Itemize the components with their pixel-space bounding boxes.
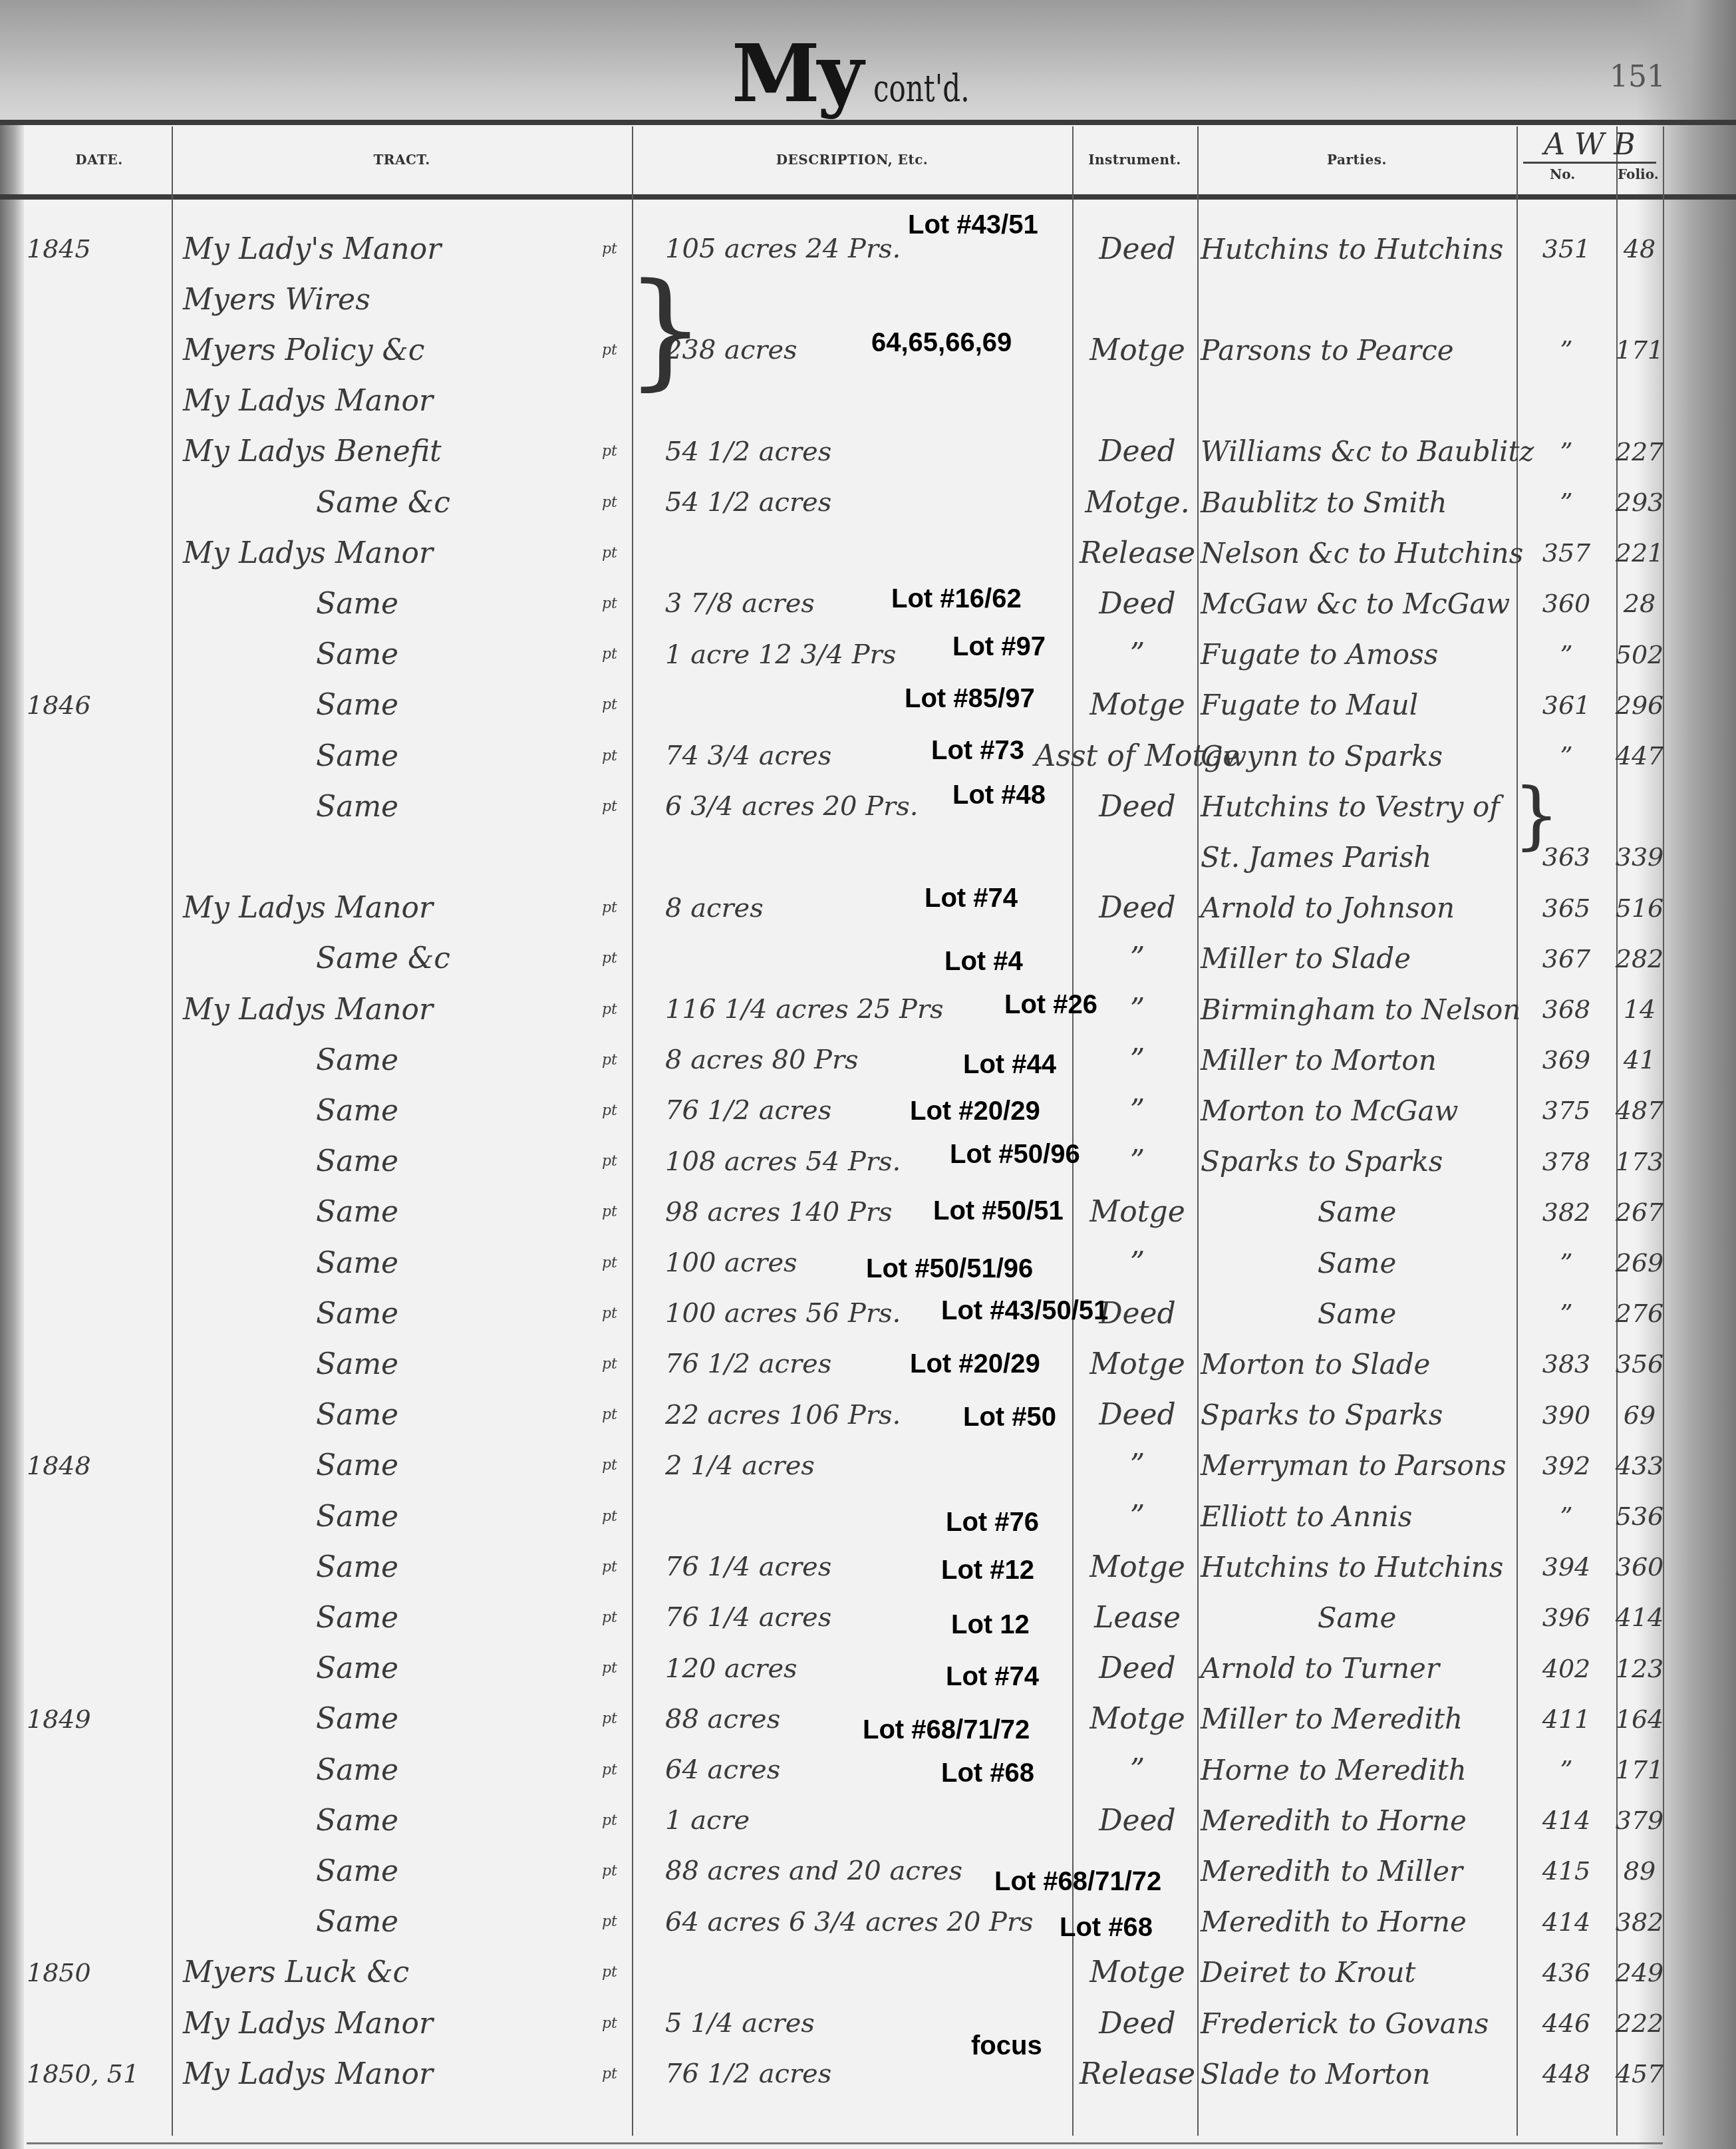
- folio-cell: 28: [1616, 578, 1663, 629]
- tract-cell: My Ladys Manor: [183, 883, 595, 933]
- table-row: Myers Wires: [0, 274, 1736, 325]
- part-marker: pt: [602, 1694, 629, 1744]
- part-marker: pt: [602, 1491, 629, 1542]
- book-no-cell: 448: [1520, 2049, 1613, 2099]
- instrument-cell: ”: [1081, 1085, 1194, 1136]
- tract-cell: Same: [183, 1897, 595, 1947]
- description-cell: [665, 1947, 1078, 1998]
- lot-annotation: Lot #44: [963, 1051, 1056, 1078]
- date-cell: [27, 1897, 146, 1947]
- parties-cell: Parsons to Pearce: [1201, 325, 1513, 375]
- book-no-cell: 396: [1520, 1592, 1613, 1643]
- date-cell: [27, 477, 146, 528]
- table-row: Same &cpt54 1/2 acresMotge.Baublitz to S…: [0, 477, 1736, 528]
- tract-cell: Same: [183, 1491, 595, 1542]
- parties-cell: Same: [1201, 1187, 1513, 1238]
- parties-cell: Elliott to Annis: [1201, 1491, 1513, 1542]
- instrument-cell: Motge: [1081, 1339, 1194, 1389]
- instrument-cell: ”: [1081, 1440, 1194, 1491]
- part-marker: pt: [602, 883, 629, 933]
- tract-cell: Same: [183, 1187, 595, 1238]
- instrument-cell: ”: [1081, 629, 1194, 680]
- folio-cell: [1616, 376, 1663, 426]
- date-cell: 1850, 51: [27, 2049, 146, 2099]
- description-cell: [665, 528, 1078, 578]
- parties-cell: Arnold to Johnson: [1201, 883, 1513, 933]
- book-no-cell: ”: [1520, 1238, 1613, 1288]
- date-cell: [27, 1085, 146, 1136]
- part-marker: pt: [602, 1542, 629, 1592]
- instrument-cell: Deed: [1081, 1643, 1194, 1694]
- parties-cell: Merryman to Parsons: [1201, 1440, 1513, 1491]
- part-marker: pt: [602, 1947, 629, 1998]
- lot-annotation: Lot #4: [944, 948, 1023, 975]
- parties-cell: Williams &c to Baublitz: [1201, 426, 1513, 477]
- book-no-cell: ”: [1520, 325, 1613, 375]
- folio-cell: 171: [1616, 325, 1663, 375]
- book-no-cell: ”: [1520, 1491, 1613, 1542]
- parties-cell: Same: [1201, 1238, 1513, 1288]
- tract-cell: My Ladys Manor: [183, 1998, 595, 2049]
- folio-cell: 339: [1616, 832, 1663, 882]
- parties-cell: Same: [1201, 1592, 1513, 1643]
- tract-cell: My Lady's Manor: [183, 224, 595, 274]
- table-row: 1846SameptMotgeFugate to Maul361296: [0, 680, 1736, 731]
- tract-cell: Same: [183, 1694, 595, 1744]
- parties-cell: Slade to Morton: [1201, 2049, 1513, 2099]
- tract-cell: Same: [183, 680, 595, 731]
- lot-annotation: Lot #26: [1004, 991, 1097, 1018]
- table-row: Samept120 acresDeedArnold to Turner40212…: [0, 1643, 1736, 1694]
- instrument-cell: Deed: [1081, 426, 1194, 477]
- instrument-cell: Motge: [1081, 1187, 1194, 1238]
- folio-cell: 171: [1616, 1744, 1663, 1795]
- part-marker: [602, 376, 629, 426]
- folio-cell: 296: [1616, 680, 1663, 731]
- book-no-cell: 378: [1520, 1136, 1613, 1187]
- part-marker: pt: [602, 680, 629, 731]
- folio-cell: 173: [1616, 1136, 1663, 1187]
- instrument-cell: Asst of Motge: [1081, 731, 1194, 781]
- date-cell: 1848: [27, 1440, 146, 1491]
- part-marker: pt: [602, 731, 629, 781]
- brace-tracts: }: [625, 266, 706, 393]
- part-marker: pt: [602, 1187, 629, 1238]
- date-cell: [27, 1136, 146, 1187]
- tract-cell: My Ladys Benefit: [183, 426, 595, 477]
- column-header-date: DATE.: [27, 126, 172, 193]
- column-header-folio: Folio.: [1618, 166, 1659, 182]
- lot-annotation: Lot #73: [931, 737, 1024, 764]
- tract-cell: Same: [183, 731, 595, 781]
- tract-cell: Same: [183, 1035, 595, 1085]
- column-header-description: DESCRIPTION, Etc.: [632, 126, 1072, 193]
- part-marker: pt: [602, 1035, 629, 1085]
- instrument-cell: ”: [1081, 1238, 1194, 1288]
- part-marker: pt: [602, 1085, 629, 1136]
- table-row: Samept6 3/4 acres 20 Prs.DeedHutchins to…: [0, 781, 1736, 832]
- date-cell: [27, 274, 146, 325]
- instrument-cell: Deed: [1081, 883, 1194, 933]
- part-marker: [602, 274, 629, 325]
- lot-annotation: Lot #74: [946, 1663, 1039, 1690]
- lot-annotation: Lot #50/51/96: [866, 1255, 1033, 1282]
- book-no-cell: 411: [1520, 1694, 1613, 1744]
- book-no-cell: 383: [1520, 1339, 1613, 1389]
- parties-cell: Deiret to Krout: [1201, 1947, 1513, 1998]
- parties-cell: Horne to Meredith: [1201, 1744, 1513, 1795]
- date-cell: [27, 1643, 146, 1694]
- header-bottom-rule: [0, 194, 1736, 200]
- folio-cell: 282: [1616, 933, 1663, 984]
- instrument-cell: [1081, 376, 1194, 426]
- description-cell: 2 1/4 acres: [665, 1440, 1078, 1491]
- book-no-cell: 361: [1520, 680, 1613, 731]
- page-number: 151: [1610, 60, 1665, 94]
- tract-cell: Same: [183, 1339, 595, 1389]
- table-row: 1850, 51My Ladys Manorpt76 1/2 acresRele…: [0, 2049, 1736, 2099]
- folio-cell: 221: [1616, 528, 1663, 578]
- table-row: My Ladys Manorpt116 1/4 acres 25 Prs”Bir…: [0, 984, 1736, 1035]
- book-no-cell: 436: [1520, 1947, 1613, 1998]
- tract-cell: Same: [183, 1085, 595, 1136]
- tract-cell: Myers Wires: [183, 274, 595, 325]
- column-header-instrument: Instrument.: [1072, 126, 1197, 193]
- column-header-no: No.: [1550, 166, 1575, 182]
- folio-cell: 502: [1616, 629, 1663, 680]
- description-cell: 1 acre: [665, 1795, 1078, 1846]
- instrument-cell: ”: [1081, 1035, 1194, 1085]
- book-no-cell: 351: [1520, 224, 1613, 274]
- lot-annotation: Lot #68/71/72: [863, 1717, 1030, 1743]
- part-marker: pt: [602, 781, 629, 832]
- parties-cell: Meredith to Horne: [1201, 1795, 1513, 1846]
- book-no-cell: 446: [1520, 1998, 1613, 2049]
- tract-cell: Myers Luck &c: [183, 1947, 595, 1998]
- folio-cell: 227: [1616, 426, 1663, 477]
- lot-annotation: Lot #12: [941, 1557, 1034, 1583]
- instrument-cell: Deed: [1081, 781, 1194, 832]
- part-marker: pt: [602, 1998, 629, 2049]
- lot-annotation: Lot #50: [963, 1404, 1056, 1430]
- parties-cell: Sparks to Sparks: [1201, 1136, 1513, 1187]
- tract-cell: Same &c: [183, 477, 595, 528]
- folio-cell: 267: [1616, 1187, 1663, 1238]
- date-cell: [27, 1491, 146, 1542]
- lot-annotation: Lot 12: [951, 1611, 1030, 1638]
- date-cell: [27, 578, 146, 629]
- table-row: Samept”Elliott to Annis”536: [0, 1491, 1736, 1542]
- folio-cell: [1616, 274, 1663, 325]
- instrument-cell: ”: [1081, 1491, 1194, 1542]
- folio-cell: 123: [1616, 1643, 1663, 1694]
- folio-cell: 89: [1616, 1846, 1663, 1896]
- date-cell: [27, 1187, 146, 1238]
- tract-cell: Same: [183, 1592, 595, 1643]
- lot-annotation: Lot #85/97: [905, 685, 1035, 712]
- parties-cell: Fugate to Maul: [1201, 680, 1513, 731]
- table-row: My Ladys Manorpt8 acresDeedArnold to Joh…: [0, 883, 1736, 933]
- table-row: Samept22 acres 106 Prs.DeedSparks to Spa…: [0, 1390, 1736, 1440]
- lot-annotation: 64,65,66,69: [871, 329, 1012, 356]
- tract-cell: Same: [183, 1440, 595, 1491]
- folio-cell: 269: [1616, 1238, 1663, 1288]
- part-marker: pt: [602, 1339, 629, 1389]
- tract-cell: My Ladys Manor: [183, 984, 595, 1035]
- parties-cell: Miller to Morton: [1201, 1035, 1513, 1085]
- parties-cell: Hutchins to Hutchins: [1201, 1542, 1513, 1592]
- folio-cell: 382: [1616, 1897, 1663, 1947]
- folio-cell: 379: [1616, 1795, 1663, 1846]
- folio-cell: 414: [1616, 1592, 1663, 1643]
- description-cell: [665, 274, 1078, 325]
- book-no-cell: [1520, 376, 1613, 426]
- date-cell: [27, 883, 146, 933]
- folio-cell: 41: [1616, 1035, 1663, 1085]
- date-cell: [27, 1846, 146, 1896]
- lot-annotation: Lot #76: [946, 1509, 1039, 1536]
- book-no-cell: 382: [1520, 1187, 1613, 1238]
- part-marker: pt: [602, 933, 629, 984]
- lot-annotation: Lot #43/50/51: [941, 1297, 1108, 1324]
- part-marker: pt: [602, 426, 629, 477]
- tract-cell: Myers Policy &c: [183, 325, 595, 375]
- date-cell: [27, 1744, 146, 1795]
- parties-cell: Arnold to Turner: [1201, 1643, 1513, 1694]
- lot-annotation: Lot #68: [1060, 1914, 1153, 1941]
- lot-annotation: Lot #74: [925, 885, 1018, 911]
- date-cell: [27, 933, 146, 984]
- part-marker: pt: [602, 578, 629, 629]
- part-marker: pt: [602, 325, 629, 375]
- instrument-cell: Motge: [1081, 1542, 1194, 1592]
- page-title-sub: cont'd.: [873, 67, 970, 110]
- brace-parties: }: [1513, 778, 1560, 852]
- parties-cell: Meredith to Horne: [1201, 1897, 1513, 1947]
- instrument-cell: Deed: [1081, 1390, 1194, 1440]
- book-no-cell: 394: [1520, 1542, 1613, 1592]
- date-cell: [27, 1542, 146, 1592]
- parties-cell: St. James Parish: [1201, 832, 1513, 882]
- table-row: Samept76 1/4 acresLeaseSame396414: [0, 1592, 1736, 1643]
- book-no-cell: 367: [1520, 933, 1613, 984]
- instrument-cell: Motge: [1081, 325, 1194, 375]
- instrument-cell: [1081, 832, 1194, 882]
- book-no-cell: ”: [1520, 1288, 1613, 1339]
- book-no-cell: ”: [1520, 629, 1613, 680]
- book-no-cell: 392: [1520, 1440, 1613, 1491]
- folio-cell: 293: [1616, 477, 1663, 528]
- lot-annotation: Lot #43/51: [908, 212, 1038, 238]
- date-cell: 1845: [27, 224, 146, 274]
- lot-annotation: Lot #48: [952, 782, 1046, 808]
- folio-cell: 48: [1616, 224, 1663, 274]
- focus-annotation: focus: [971, 2033, 1042, 2059]
- date-cell: [27, 629, 146, 680]
- lot-annotation: Lot #50/96: [950, 1141, 1080, 1168]
- instrument-cell: Deed: [1081, 578, 1194, 629]
- parties-cell: Morton to McGaw: [1201, 1085, 1513, 1136]
- table-row: Samept3 7/8 acresDeedMcGaw &c to McGaw36…: [0, 578, 1736, 629]
- part-marker: pt: [602, 1238, 629, 1288]
- parties-cell: Morton to Slade: [1201, 1339, 1513, 1389]
- table-row: My Ladys ManorptReleaseNelson &c to Hutc…: [0, 528, 1736, 578]
- instrument-cell: ”: [1081, 933, 1194, 984]
- parties-cell: Sparks to Sparks: [1201, 1390, 1513, 1440]
- parties-cell: Baublitz to Smith: [1201, 477, 1513, 528]
- instrument-cell: Motge: [1081, 1694, 1194, 1744]
- tract-cell: Same: [183, 781, 595, 832]
- part-marker: pt: [602, 2049, 629, 2099]
- part-marker: pt: [602, 1440, 629, 1491]
- part-marker: pt: [602, 528, 629, 578]
- date-cell: [27, 832, 146, 882]
- folio-cell: 222: [1616, 1998, 1663, 2049]
- table-row: Samept64 acres 6 3/4 acres 20 PrsMeredit…: [0, 1897, 1736, 1947]
- folio-cell: 516: [1616, 883, 1663, 933]
- table-row: Samept88 acres and 20 acresMeredith to M…: [0, 1846, 1736, 1896]
- parties-cell: Miller to Slade: [1201, 933, 1513, 984]
- part-marker: pt: [602, 477, 629, 528]
- description-cell: 54 1/2 acres: [665, 426, 1078, 477]
- tract-cell: Same: [183, 1542, 595, 1592]
- instrument-cell: Deed: [1081, 1998, 1194, 2049]
- date-cell: [27, 1592, 146, 1643]
- date-cell: [27, 325, 146, 375]
- date-cell: [27, 984, 146, 1035]
- part-marker: [602, 832, 629, 882]
- book-no-cell: 402: [1520, 1643, 1613, 1694]
- table-row: My Ladys Benefitpt54 1/2 acresDeedWillia…: [0, 426, 1736, 477]
- instrument-cell: Lease: [1081, 1592, 1194, 1643]
- table-row: Samept64 acres”Horne to Meredith”171: [0, 1744, 1736, 1795]
- part-marker: pt: [602, 1744, 629, 1795]
- book-no-cell: 357: [1520, 528, 1613, 578]
- book-no-cell: ”: [1520, 426, 1613, 477]
- table-row: Same &cpt”Miller to Slade367282: [0, 933, 1736, 984]
- book-no-cell: [1520, 274, 1613, 325]
- book-no-cell: 414: [1520, 1795, 1613, 1846]
- folio-cell: 356: [1616, 1339, 1663, 1389]
- date-cell: [27, 528, 146, 578]
- parties-cell: Gwynn to Sparks: [1201, 731, 1513, 781]
- parties-cell: Fugate to Amoss: [1201, 629, 1513, 680]
- tract-cell: Same: [183, 1795, 595, 1846]
- instrument-cell: Motge: [1081, 680, 1194, 731]
- parties-cell: Birmingham to Nelson: [1201, 984, 1513, 1035]
- part-marker: pt: [602, 1795, 629, 1846]
- lot-annotation: Lot #68: [941, 1760, 1034, 1786]
- instrument-cell: ”: [1081, 1744, 1194, 1795]
- date-cell: [27, 1288, 146, 1339]
- tract-cell: Same: [183, 1846, 595, 1896]
- part-marker: pt: [602, 984, 629, 1035]
- description-cell: [665, 832, 1078, 882]
- description-cell: 64 acres 6 3/4 acres 20 Prs: [665, 1897, 1078, 1947]
- parties-cell: Same: [1201, 1288, 1513, 1339]
- part-marker: pt: [602, 1846, 629, 1896]
- part-marker: pt: [602, 1390, 629, 1440]
- folio-cell: [1616, 781, 1663, 832]
- instrument-cell: Release: [1081, 2049, 1194, 2099]
- part-marker: pt: [602, 224, 629, 274]
- book-no-cell: 365: [1520, 883, 1613, 933]
- table-row: My Ladys Manorpt5 1/4 acresDeedFrederick…: [0, 1998, 1736, 2049]
- table-row: 1845My Lady's Manorpt105 acres 24 Prs.De…: [0, 224, 1736, 274]
- part-marker: pt: [602, 1288, 629, 1339]
- book-no-cell: 375: [1520, 1085, 1613, 1136]
- folio-cell: 457: [1616, 2049, 1663, 2099]
- tract-cell: My Ladys Manor: [183, 528, 595, 578]
- tract-cell: Same: [183, 1744, 595, 1795]
- parties-cell: Miller to Meredith: [1201, 1694, 1513, 1744]
- table-row: Samept98 acres 140 PrsMotgeSame382267: [0, 1187, 1736, 1238]
- parties-cell: Hutchins to Hutchins: [1201, 224, 1513, 274]
- tract-cell: Same: [183, 1136, 595, 1187]
- page-title-main: My: [732, 27, 861, 120]
- parties-cell: McGaw &c to McGaw: [1201, 578, 1513, 629]
- instrument-cell: ”: [1081, 1136, 1194, 1187]
- folio-cell: 69: [1616, 1390, 1663, 1440]
- table-row: Samept76 1/2 acres”Morton to McGaw375487: [0, 1085, 1736, 1136]
- part-marker: pt: [602, 1592, 629, 1643]
- tract-cell: [183, 832, 595, 882]
- parties-cell: Hutchins to Vestry of: [1201, 781, 1513, 832]
- tract-cell: Same &c: [183, 933, 595, 984]
- instrument-cell: Deed: [1081, 1795, 1194, 1846]
- part-marker: pt: [602, 1897, 629, 1947]
- date-cell: 1850: [27, 1947, 146, 1998]
- table-row: St. James Parish363339: [0, 832, 1736, 882]
- book-no-cell: 369: [1520, 1035, 1613, 1085]
- table-row: Samept76 1/4 acresMotgeHutchins to Hutch…: [0, 1542, 1736, 1592]
- table-row: Samept1 acre 12 3/4 Prs”Fugate to Amoss”…: [0, 629, 1736, 680]
- instrument-cell: Motge.: [1081, 477, 1194, 528]
- date-cell: [27, 781, 146, 832]
- date-cell: 1846: [27, 680, 146, 731]
- column-header-tract: TRACT.: [172, 126, 632, 193]
- part-marker: pt: [602, 1643, 629, 1694]
- instrument-cell: ”: [1081, 984, 1194, 1035]
- part-marker: pt: [602, 629, 629, 680]
- parties-cell: Meredith to Miller: [1201, 1846, 1513, 1896]
- tract-cell: Same: [183, 1390, 595, 1440]
- header-top-rule: [0, 120, 1736, 125]
- column-header-parties: Parties.: [1197, 126, 1517, 193]
- bottom-rule: [27, 2142, 1663, 2144]
- book-no-cell: ”: [1520, 477, 1613, 528]
- date-cell: [27, 1998, 146, 2049]
- lot-annotation: Lot #97: [952, 633, 1046, 660]
- page-title: My cont'd.: [732, 27, 1001, 120]
- parties-cell: [1201, 274, 1513, 325]
- instrument-cell: [1081, 274, 1194, 325]
- lot-annotation: Lot #16/62: [891, 585, 1022, 612]
- table-row: Samept76 1/2 acresMotgeMorton to Slade38…: [0, 1339, 1736, 1389]
- folio-cell: 536: [1616, 1491, 1663, 1542]
- folio-cell: 447: [1616, 731, 1663, 781]
- book-no-cell: ”: [1520, 1744, 1613, 1795]
- date-cell: [27, 376, 146, 426]
- date-cell: [27, 731, 146, 781]
- table-row: Samept74 3/4 acresAsst of MotgeGwynn to …: [0, 731, 1736, 781]
- folio-cell: 487: [1616, 1085, 1663, 1136]
- lot-annotation: Lot #50/51: [933, 1198, 1064, 1224]
- book-no-cell: 414: [1520, 1897, 1613, 1947]
- parties-cell: Frederick to Govans: [1201, 1998, 1513, 2049]
- part-marker: pt: [602, 1136, 629, 1187]
- folio-cell: 164: [1616, 1694, 1663, 1744]
